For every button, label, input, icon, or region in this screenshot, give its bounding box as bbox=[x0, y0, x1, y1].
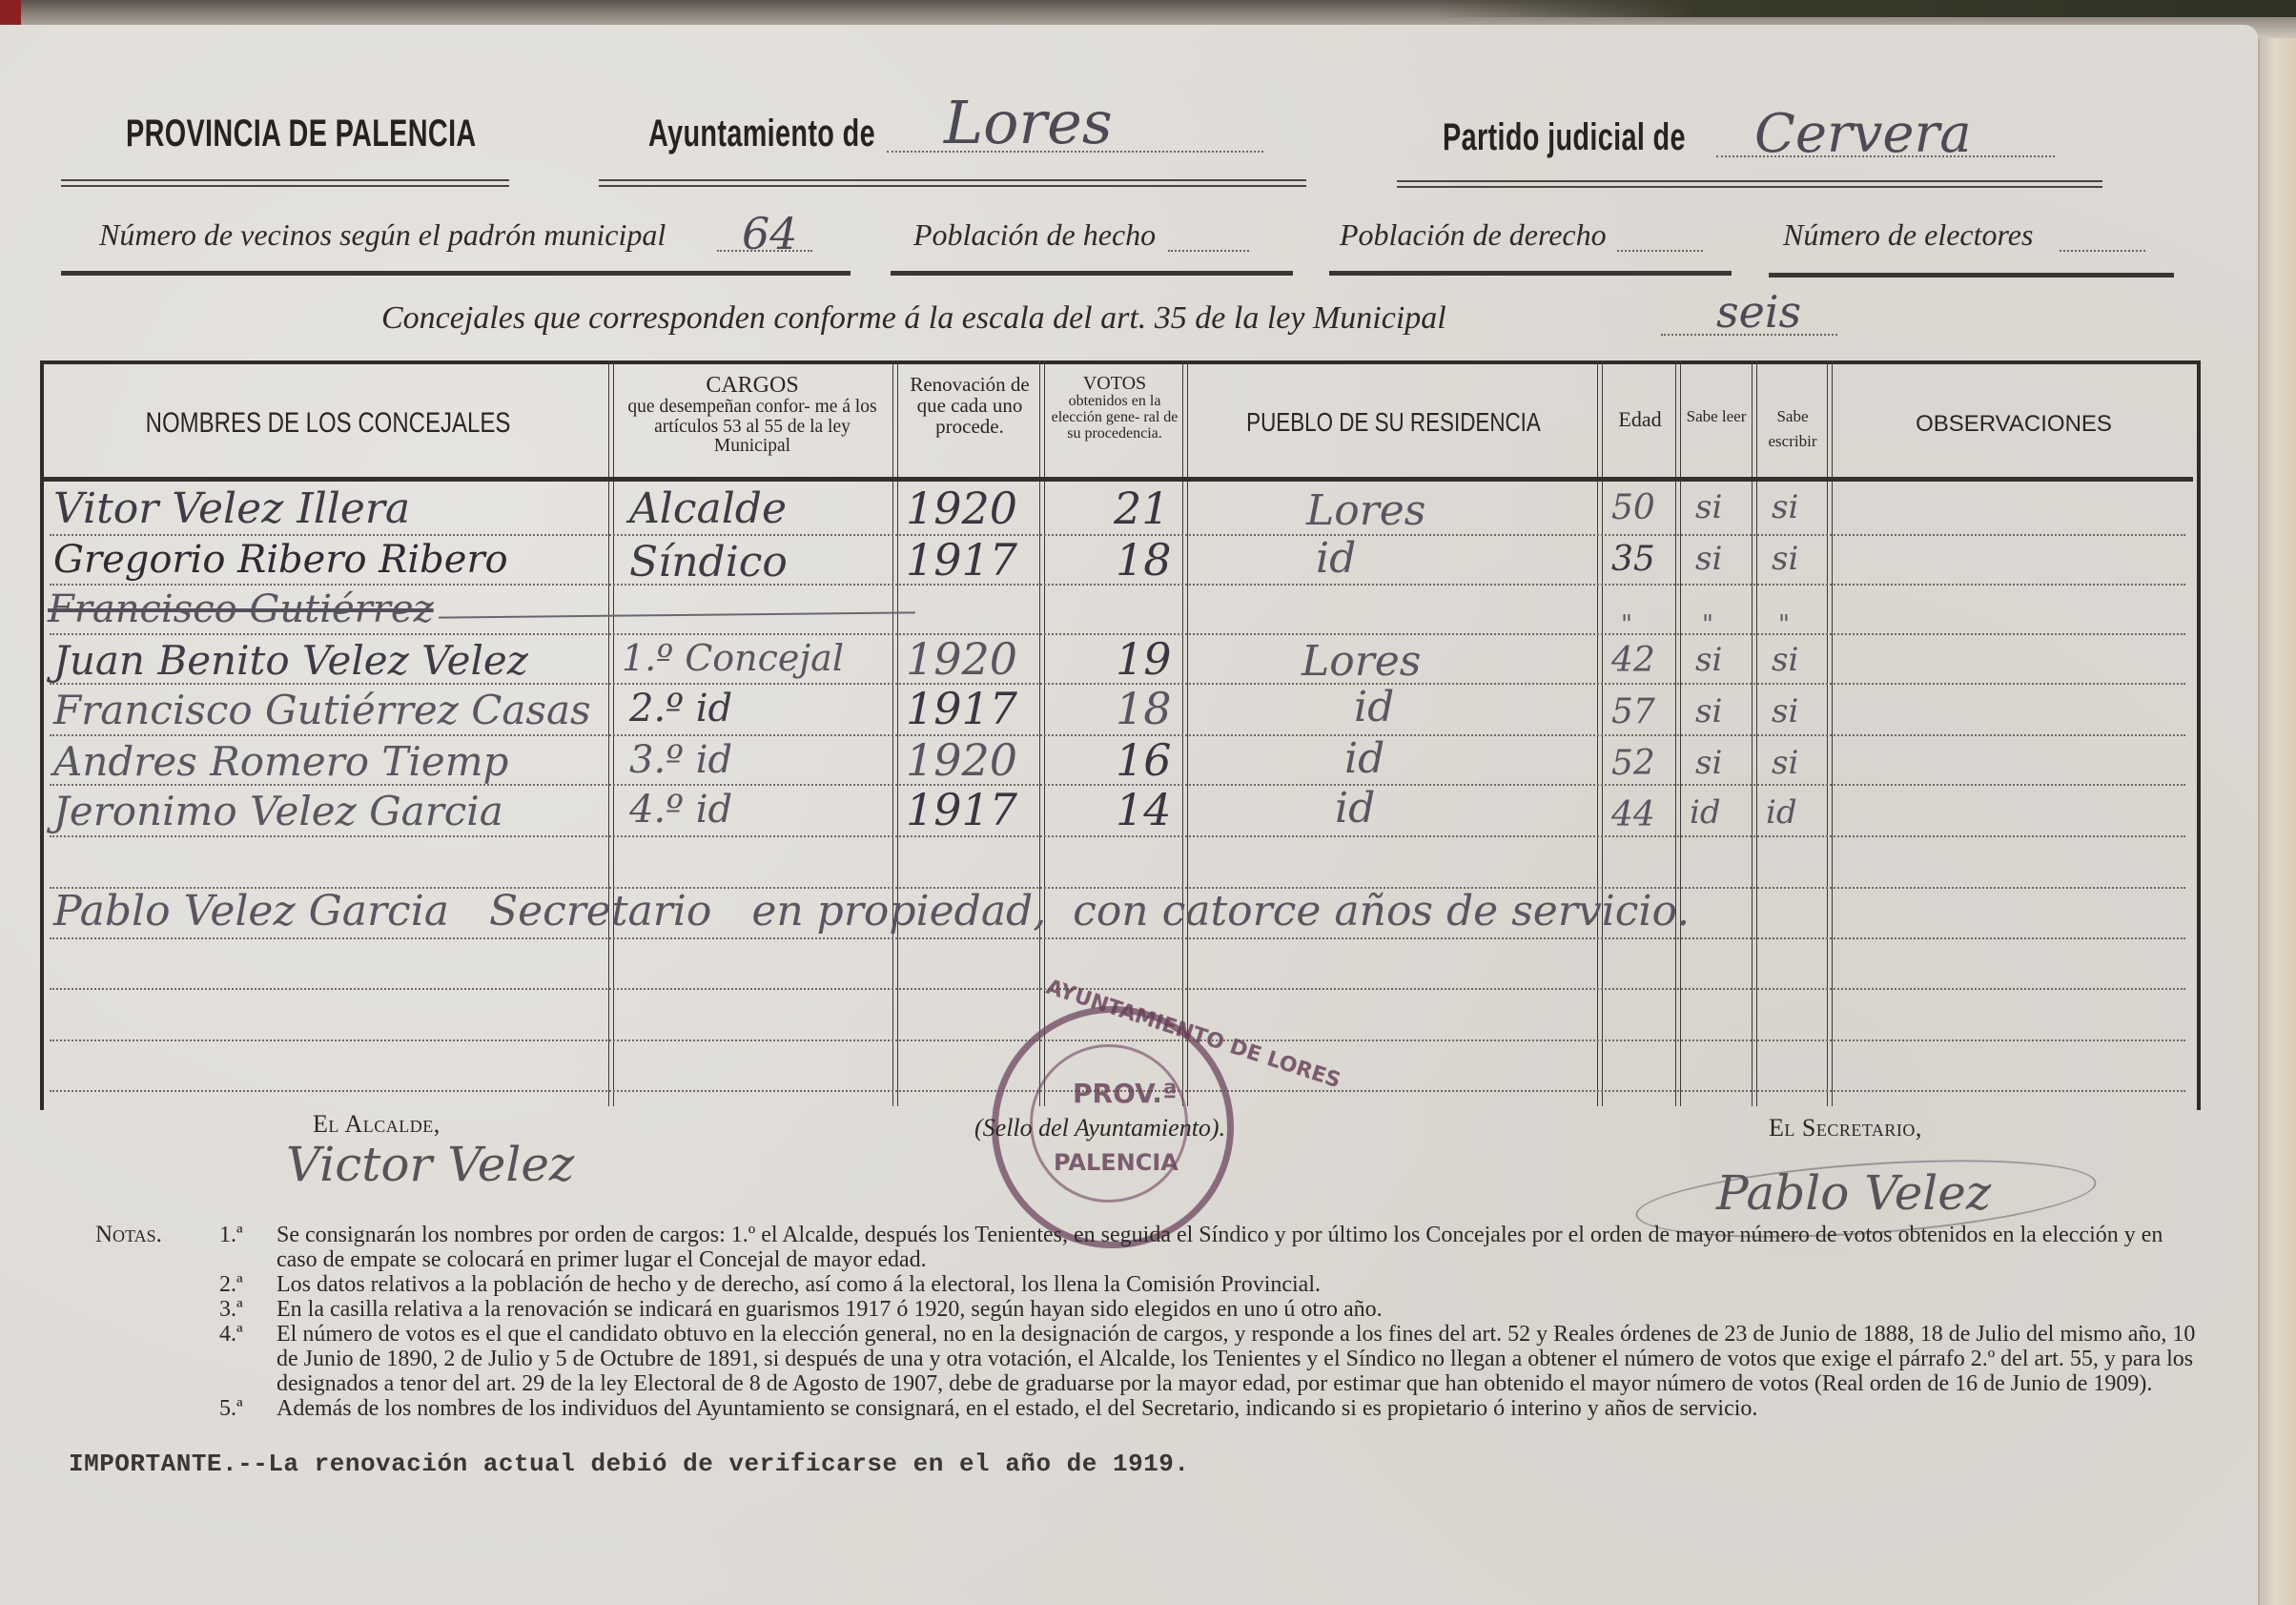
note-text: Se consignarán los nombres por orden de … bbox=[277, 1223, 2163, 1272]
note-5: 5.ª Además de los nombres de los individ… bbox=[95, 1396, 2203, 1421]
concejales-value: seis bbox=[1716, 286, 1801, 338]
col-divider bbox=[1182, 360, 1188, 1106]
important-notice: IMPORTANTE.--La renovación actual debió … bbox=[69, 1450, 1190, 1478]
col-header-renovacion: Renovación de que cada uno procede. bbox=[900, 374, 1039, 437]
note-number: 5.ª bbox=[219, 1396, 243, 1421]
secretary-row: Pablo Velez Garcia Secretario en propied… bbox=[53, 887, 1690, 936]
row-3-edad: " bbox=[1621, 610, 1632, 639]
rule bbox=[1397, 180, 2102, 188]
note-text: Los datos relativos a la población de he… bbox=[277, 1272, 1321, 1297]
electores-field[interactable] bbox=[2060, 250, 2145, 252]
note-text: En la casilla relativa a la renovación s… bbox=[277, 1297, 1383, 1322]
row-5-nombre: Francisco Gutiérrez Casas bbox=[53, 687, 591, 733]
rule bbox=[1769, 273, 2174, 278]
row-7-leer: id bbox=[1690, 793, 1721, 832]
alcalde-label: El Alcalde, bbox=[313, 1110, 441, 1139]
row-2-pueblo: id bbox=[1316, 534, 1356, 583]
row-3-nombre-struck: Francisco Gutiérrez bbox=[48, 587, 434, 631]
row-3-leer: " bbox=[1702, 610, 1713, 639]
row-5-cargo: 2.º id bbox=[629, 687, 732, 730]
row-4-renovacion: 1920 bbox=[906, 633, 1017, 685]
notes-lead: Notas. bbox=[95, 1223, 162, 1247]
row-line bbox=[50, 988, 2185, 990]
row-7-cargo: 4.º id bbox=[629, 788, 732, 832]
col-header-nombres: NOMBRES DE LOS CONCEJALES bbox=[104, 408, 552, 439]
note-1: Notas. 1.ª Se consignarán los nombres po… bbox=[95, 1223, 2203, 1272]
note-3: 3.ª En la casilla relativa a la renovaci… bbox=[95, 1297, 2203, 1322]
note-number: 3.ª bbox=[219, 1297, 243, 1322]
cargos-title: CARGOS bbox=[612, 374, 892, 398]
row-5-renovacion: 1917 bbox=[906, 683, 1017, 734]
col-header-sabe-leer: Sabe leer bbox=[1683, 404, 1750, 429]
votos-title: VOTOS bbox=[1047, 374, 1182, 394]
page-edge bbox=[2258, 38, 2296, 1605]
poblacion-derecho-label: Población de derecho bbox=[1340, 217, 1607, 253]
rule bbox=[599, 179, 1306, 187]
row-1-cargo: Alcalde bbox=[629, 484, 787, 533]
secretario-label: El Secretario, bbox=[1769, 1114, 1922, 1142]
rule bbox=[61, 271, 851, 276]
row-4-cargo: 1.º Concejal bbox=[622, 637, 844, 679]
row-7-votos: 14 bbox=[1116, 784, 1172, 835]
row-6-votos: 16 bbox=[1116, 734, 1172, 786]
col-divider bbox=[1827, 360, 1833, 1106]
note-number: 2.ª bbox=[219, 1272, 243, 1297]
row-1-votos: 21 bbox=[1114, 483, 1170, 534]
row-2-nombre: Gregorio Ribero Ribero bbox=[53, 538, 508, 582]
row-5-votos: 18 bbox=[1116, 683, 1172, 734]
row-7-pueblo: id bbox=[1335, 784, 1375, 833]
electores-label: Número de electores bbox=[1783, 217, 2033, 253]
row-6-cargo: 3.º id bbox=[629, 738, 732, 782]
note-text: El número de votos es el que el candidat… bbox=[277, 1322, 2195, 1396]
row-line bbox=[50, 937, 2185, 939]
row-6-edad: 52 bbox=[1611, 744, 1655, 783]
note-2: 2.ª Los datos relativos a la población d… bbox=[95, 1272, 2203, 1297]
row-3-escribir: " bbox=[1778, 610, 1790, 639]
vecinos-label: Número de vecinos según el padrón munici… bbox=[99, 217, 666, 253]
vecinos-value: 64 bbox=[742, 208, 798, 259]
row-2-edad: 35 bbox=[1611, 540, 1655, 579]
row-2-votos: 18 bbox=[1116, 534, 1172, 586]
row-5-escribir: si bbox=[1772, 692, 1798, 730]
seal-caption: (Sello del Ayuntamiento). bbox=[974, 1114, 1225, 1142]
alcalde-signature: Victor Velez bbox=[286, 1137, 574, 1192]
col-header-observaciones: OBSERVACIONES bbox=[1835, 412, 2193, 436]
notes-section: Notas. 1.ª Se consignarán los nombres po… bbox=[95, 1223, 2203, 1421]
note-text: Además de los nombres de los individuos … bbox=[277, 1396, 1757, 1421]
row-6-leer: si bbox=[1695, 744, 1722, 782]
row-7-edad: 44 bbox=[1611, 795, 1655, 834]
row-7-nombre: Jeronimo Velez Garcia bbox=[53, 788, 503, 834]
col-header-sabe-escribir: Sabe escribir bbox=[1759, 404, 1826, 454]
cargos-subtitle: que desempeñan confor- me á los artículo… bbox=[612, 398, 892, 456]
row-1-pueblo: Lores bbox=[1306, 486, 1425, 535]
row-1-renovacion: 1920 bbox=[906, 483, 1017, 534]
row-4-edad: 42 bbox=[1611, 641, 1655, 680]
rule bbox=[61, 179, 509, 187]
note-4: 4.ª El número de votos es el que el cand… bbox=[95, 1322, 2203, 1396]
col-header-edad: Edad bbox=[1605, 408, 1675, 430]
row-5-edad: 57 bbox=[1611, 692, 1655, 731]
row-1-edad: 50 bbox=[1611, 488, 1655, 527]
poblacion-hecho-label: Población de hecho bbox=[913, 217, 1156, 253]
row-1-leer: si bbox=[1695, 488, 1722, 526]
col-divider bbox=[1752, 360, 1757, 1106]
col-divider bbox=[892, 360, 898, 1106]
col-header-cargos: CARGOS que desempeñan confor- me á los a… bbox=[612, 374, 892, 457]
row-7-renovacion: 1917 bbox=[906, 784, 1017, 835]
note-number: 4.ª bbox=[219, 1322, 243, 1347]
row-6-renovacion: 1920 bbox=[906, 734, 1017, 786]
col-divider bbox=[1597, 360, 1603, 1106]
col-header-pueblo: PUEBLO DE SU RESIDENCIA bbox=[1231, 408, 1557, 436]
ayuntamiento-value: Lores bbox=[944, 88, 1113, 157]
row-line bbox=[50, 835, 2185, 837]
row-4-leer: si bbox=[1695, 641, 1722, 679]
row-4-votos: 19 bbox=[1116, 633, 1172, 685]
row-2-leer: si bbox=[1695, 540, 1722, 578]
rule bbox=[891, 271, 1293, 276]
rule bbox=[1329, 271, 1732, 276]
col-header-votos: VOTOS obtenidos en la elección gene- ral… bbox=[1047, 374, 1182, 442]
province-title: PROVINCIA DE PALENCIA bbox=[126, 113, 477, 155]
row-6-pueblo: id bbox=[1344, 734, 1384, 783]
row-5-pueblo: id bbox=[1354, 683, 1394, 731]
row-4-pueblo: Lores bbox=[1302, 637, 1421, 686]
row-4-nombre: Juan Benito Velez Velez bbox=[53, 637, 528, 684]
poblacion-derecho-field[interactable] bbox=[1617, 250, 1703, 252]
header-separator bbox=[44, 477, 2193, 482]
row-1-escribir: si bbox=[1772, 488, 1798, 526]
row-6-nombre: Andres Romero Tiemp bbox=[53, 738, 508, 785]
row-6-escribir: si bbox=[1772, 744, 1798, 782]
note-number: 1.ª bbox=[219, 1223, 243, 1247]
ayuntamiento-label: Ayuntamiento de bbox=[648, 113, 875, 155]
row-4-escribir: si bbox=[1772, 641, 1798, 679]
partido-value: Cervera bbox=[1754, 103, 1972, 165]
partido-label: Partido judicial de bbox=[1443, 116, 1686, 159]
col-divider bbox=[1675, 360, 1681, 1106]
row-7-escribir: id bbox=[1766, 793, 1797, 832]
poblacion-hecho-field[interactable] bbox=[1168, 250, 1249, 252]
row-2-renovacion: 1917 bbox=[906, 534, 1017, 586]
seal-bottom-text: PALENCIA bbox=[1054, 1149, 1179, 1176]
row-5-leer: si bbox=[1695, 692, 1722, 730]
row-2-cargo: Síndico bbox=[629, 538, 788, 586]
votos-subtitle: obtenidos en la elección gene- ral de su… bbox=[1047, 394, 1182, 442]
seal-mid-text: PROV.ª bbox=[1073, 1078, 1178, 1109]
concejales-label: Concejales que corresponden conforme á l… bbox=[381, 300, 1446, 337]
row-1-nombre: Vitor Velez Illera bbox=[53, 484, 410, 533]
background-strip bbox=[1438, 0, 2296, 17]
row-2-escribir: si bbox=[1772, 540, 1798, 578]
col-divider bbox=[608, 360, 614, 1106]
